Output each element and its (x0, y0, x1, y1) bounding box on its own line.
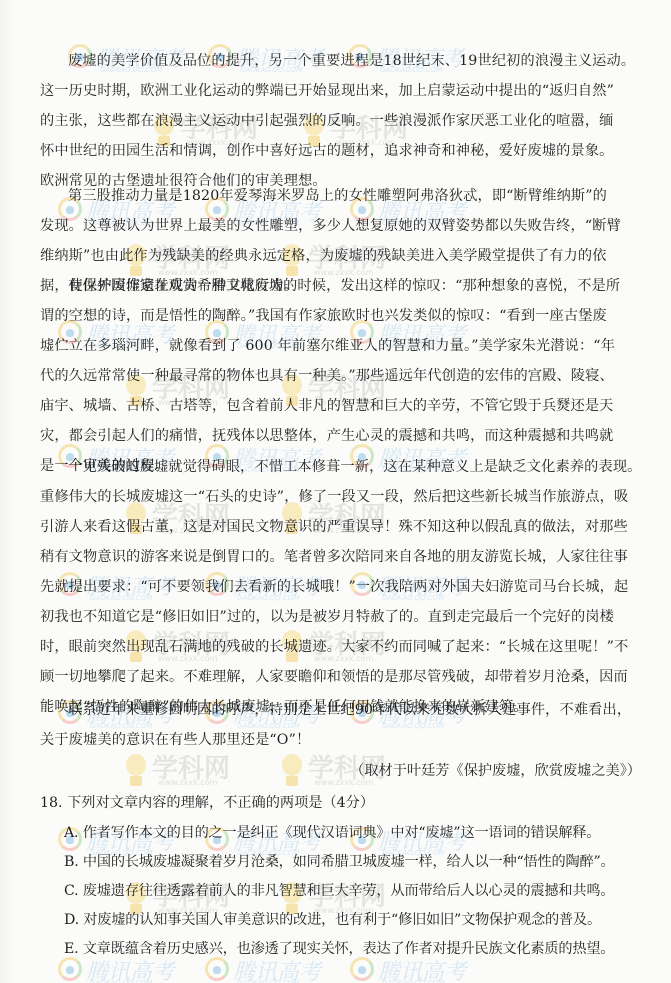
text-line: 谓的空想的诗，而是悟性的陶醉。”我国有作家旅欧时也兴发类似的惊叹：“看到一座古堡… (40, 301, 642, 331)
option-d: D. 对废墟的认知事关国人审美意识的改进，也有利于“修旧如旧”文物保护观念的普及… (64, 905, 601, 935)
exam-page: 腾讯高考 GAOKAO.QQ.COM 腾讯高考 GAOKAO.QQ.COM 腾讯… (0, 0, 671, 983)
text-line: 庙宇、城墙、古桥、古塔等，包含着前人非凡的智慧和巨大的辛劳，不管它毁于兵燹还是天 (40, 391, 642, 421)
text-line: 先就提出要求：“可不要领我们去看新的长城哦！”一次我陪两对外国夫妇游览司马台长城… (40, 572, 642, 602)
option-letter: C. (64, 883, 78, 899)
passage-paragraph-3: 有位外国作家在观赏希腊卫城废墟的时候，发出这样的惊叹：“那种想象的喜悦，不是所 … (40, 271, 642, 481)
question-text: 下列对文章内容的理解，不正确的两项是（4分） (67, 795, 374, 811)
text-line: 维纳斯”也由此作为残缺美的经典永远定格，为废墟的残缺美进入美学殿堂提供了有力的依 (40, 241, 642, 271)
zxxk-watermark: 学科网 www.zxxk.com (122, 752, 262, 792)
text-line: 废墟的美学价值及品位的提升，另一个重要进程是18世纪末、19世纪初的浪漫主义运动… (40, 46, 642, 76)
text-line: 灾，都会引起人们的痛惜，抚残体以思整体，产生心灵的震撼和共鸣，而这种震撼和共鸣就 (40, 421, 642, 451)
text-line: 一见残破的废墟就觉得碍眼，不惜工本修葺一新，这在某种意义上是缺乏文化素养的表现。 (40, 452, 642, 482)
option-text: 中国的长城废墟凝聚着岁月沧桑，如同希腊卫城废墟一样，给人以一种“悟性的陶醉”。 (83, 854, 615, 870)
zxxk-mascot-icon (282, 754, 302, 776)
text-line: 顾一切地攀爬了起来。不难理解，人家要瞻仰和领悟的是那尽管残破，却带着岁月沧桑，因… (40, 662, 642, 692)
passage-paragraph-4: 一见残破的废墟就觉得碍眼，不惜工本修葺一新，这在某种意义上是缺乏文化素养的表现。… (40, 452, 642, 722)
passage-paragraph-5: 联系近年来重修圆明园的呼声，特别是上世纪90年代以来无数大拆大建事件，不难看出，… (40, 695, 642, 755)
text-line: 代的久远常常使一种最寻常的物体也具有一种美。”那些遥远年代创造的宏伟的宫殿、陵寝… (40, 361, 642, 391)
option-letter: E. (64, 941, 78, 957)
option-letter: D. (64, 912, 79, 928)
option-text: 作者写作本文的目的之一是纠正《现代汉语词典》中对“废墟”这一语词的错误解释。 (83, 825, 601, 841)
option-text: 对废墟的认知事关国人审美意识的改进，也有利于“修旧如旧”文物保护观念的普及。 (83, 912, 601, 928)
text-line: 的主张，这些都在浪漫主义运动中引起强烈的反响。一些浪漫派作家厌恶工业化的喧嚣，缅 (40, 106, 642, 136)
option-e: E. 文章既蕴含着历史感兴，也渗透了现实关怀，表达了作者对提升民族文化素质的热望… (64, 934, 614, 964)
option-letter: B. (64, 854, 79, 870)
text-line: 引游人来看这假古董，这是对国民文物意识的严重误导！殊不知这种以假乱真的做法，对那… (40, 512, 642, 542)
zxxk-mascot-icon (126, 754, 146, 776)
passage-paragraph-1: 废墟的美学价值及品位的提升，另一个重要进程是18世纪末、19世纪初的浪漫主义运动… (40, 46, 642, 196)
option-c: C. 废墟遗存往往透露着前人的非凡智慧和巨大辛劳，从而带给后人以心灵的震撼和共鸣… (64, 876, 614, 906)
text-line: 这一历史时期，欧洲工业化运动的弊端已开始显现出来，加上启蒙运动中提出的“返归自然… (40, 76, 642, 106)
text-line: 初我也不知道它是“修旧如旧”过的，以为是被岁月特赦了的。直到走完最后一个完好的岗… (40, 602, 642, 632)
text-line: 有位外国作家在观赏希腊卫城废墟的时候，发出这样的惊叹：“那种想象的喜悦，不是所 (40, 271, 642, 301)
text-line: 稍有文物意识的游客来说是倒胃口的。笔者曾多次陪同来自各地的朋友游览长城，人家往往… (40, 542, 642, 572)
text-line: 联系近年来重修圆明园的呼声，特别是上世纪90年代以来无数大拆大建事件，不难看出， (40, 695, 642, 725)
question-number: 18. (40, 795, 63, 811)
option-b: B. 中国的长城废墟凝聚着岁月沧桑，如同希腊卫城废墟一样，给人以一种“悟性的陶醉… (64, 847, 615, 877)
question-18-prompt: 18. 下列对文章内容的理解，不正确的两项是（4分） (40, 788, 374, 818)
option-a: A. 作者写作本文的目的之一是纠正《现代汉语词典》中对“废墟”这一语词的错误解释… (64, 818, 600, 848)
text-line: 怀中世纪的田园生活和情调，创作中喜好远古的题材，追求神奇和神秘，爱好废墟的景象。 (40, 136, 642, 166)
text-line: 发现。这尊被认为世界上最美的女性雕塑，多少人想复原她的双臂姿势都以失败告终，“断… (40, 211, 642, 241)
source-citation: （取材于叶廷芳《保护废墟，欣赏废墟之美》） (350, 756, 641, 786)
text-line: 墟伫立在多瑙河畔，就像看到了 600 年前塞尔维亚人的智慧和力量。”美学家朱光潜… (40, 331, 642, 361)
option-text: 文章既蕴含着历史感兴，也渗透了现实关怀，表达了作者对提升民族文化素质的热望。 (83, 941, 615, 957)
text-line: 关于废墟美的意识在有些人那里还是“O”！ (40, 725, 642, 755)
text-line: 重修伟大的长城废墟这一“石头的史诗”，修了一段又一段，然后把这些新长城当作旅游点… (40, 482, 642, 512)
option-text: 废墟遗存往往透露着前人的非凡智慧和巨大辛劳，从而带给后人以心灵的震撼和共鸣。 (83, 883, 615, 899)
text-line: 时，眼前突然出现乱石满地的残破的长城遗迹。大家不约而同喊了起来：“长城在这里呢！… (40, 632, 642, 662)
option-letter: A. (64, 825, 78, 841)
text-line: 第三股推动力量是1820年爱琴海米罗岛上的女性雕塑阿弗洛狄忒，即“断臂维纳斯”的 (40, 181, 642, 211)
